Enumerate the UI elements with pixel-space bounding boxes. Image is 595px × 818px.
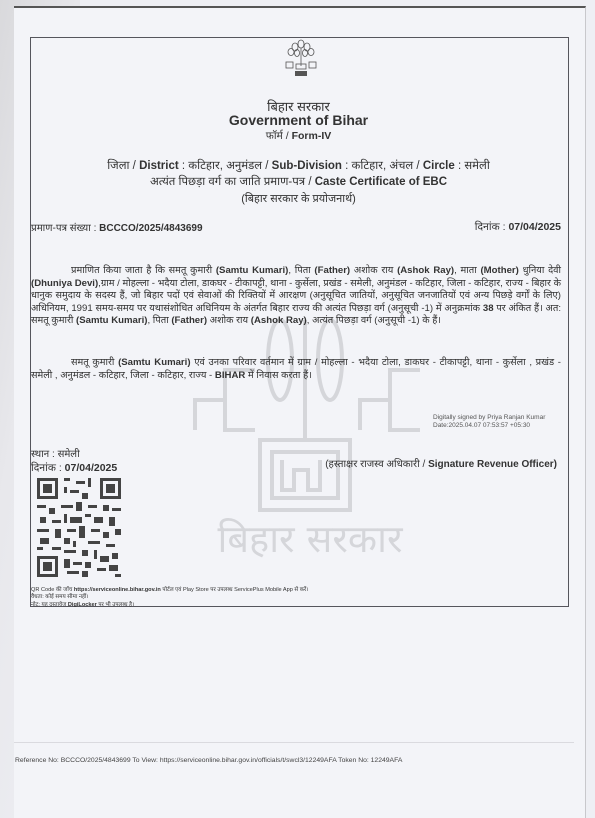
circle-value: : समेली — [458, 160, 490, 172]
digital-signature: Digitally signed by Priya Ranjan Kumar D… — [433, 414, 545, 430]
certificate-title-english: Caste Certificate of EBC — [315, 176, 447, 188]
place-label: स्थान : — [31, 449, 55, 460]
issue-date: दिनांक : 07/04/2025 — [475, 220, 561, 234]
certificate-number-label: प्रमाण-पत्र संख्या : — [31, 223, 96, 234]
reference-footer: Reference No: BCCCO/2025/4843699 To View… — [15, 757, 402, 764]
certificate-title-hindi: अत्यंत पिछड़ा वर्ग का जाति प्रमाण-पत्र / — [150, 176, 312, 188]
circle-label: Circle — [423, 160, 455, 172]
subdivision-label: Sub-Division — [272, 160, 342, 172]
district-label-hindi: जिला / — [107, 160, 136, 172]
issue-date-value: 07/04/2025 — [508, 221, 561, 233]
certification-paragraph: प्रमाणित किया जाता है कि समतू कुमारी (Sa… — [31, 265, 561, 328]
residence-paragraph: समतू कुमारी (Samtu Kumari) एवं उनका परिव… — [31, 357, 561, 382]
certificate-purpose: (बिहार सरकार के प्रयोजनार्थ) — [30, 191, 567, 206]
signing-date-value: 07/04/2025 — [65, 462, 118, 474]
certificate-number: प्रमाण-पत्र संख्या : BCCCO/2025/4843699 — [31, 220, 203, 234]
district-value: : कटिहार, अनुमंडल / — [182, 160, 269, 172]
jurisdiction-line: जिला / District : कटिहार, अनुमंडल / Sub-… — [30, 158, 567, 173]
signature-officer: (हस्ताक्षर राजस्व अधिकारी / Signature Re… — [325, 456, 557, 470]
place: स्थान : समेली — [31, 446, 80, 460]
signature-officer-english: Signature Revenue Officer) — [428, 459, 557, 470]
digital-signature-signer: Digitally signed by Priya Ranjan Kumar — [433, 414, 545, 422]
verification-notes: QR Code की जाँच https://serviceonline.bi… — [31, 587, 308, 609]
footer-divider — [14, 742, 574, 743]
form-label-hindi: फॉर्म / — [266, 130, 289, 142]
verification-url-link[interactable]: https://serviceonline.bihar.gov.in — [74, 587, 161, 593]
form-number: फॉर्म / Form-IV — [30, 129, 567, 143]
subdivision-value: : कटिहार, अंचल / — [345, 160, 419, 172]
signature-officer-hindi: (हस्ताक्षर राजस्व अधिकारी / — [325, 459, 425, 470]
digital-signature-date: Date:2025.04.07 07:53:57 +05:30 — [433, 422, 545, 430]
issue-date-label: दिनांक : — [475, 221, 506, 233]
bihar-emblem-icon — [283, 38, 319, 78]
validity-note: वैधता: कोई समय सीमा नहीं। — [31, 594, 308, 601]
watermark-text: बिहार सरकार — [218, 517, 404, 560]
qr-code[interactable] — [34, 475, 124, 580]
certificate-number-value: BCCCO/2025/4843699 — [99, 223, 202, 234]
digilocker-note: नोट: यह दस्तावेज DigiLocker पर भी उपलब्ध… — [31, 602, 308, 609]
district-label: District — [139, 160, 179, 172]
form-label-english: Form-IV — [292, 130, 332, 142]
place-value: समेली — [58, 449, 80, 460]
signing-date-label: दिनांक : — [31, 462, 62, 474]
signing-date: दिनांक : 07/04/2025 — [31, 461, 117, 475]
certificate-title: अत्यंत पिछड़ा वर्ग का जाति प्रमाण-पत्र /… — [30, 174, 567, 189]
emblem-watermark-icon: बिहार सरकार — [190, 300, 430, 560]
govt-title-english: Government of Bihar — [30, 112, 567, 128]
